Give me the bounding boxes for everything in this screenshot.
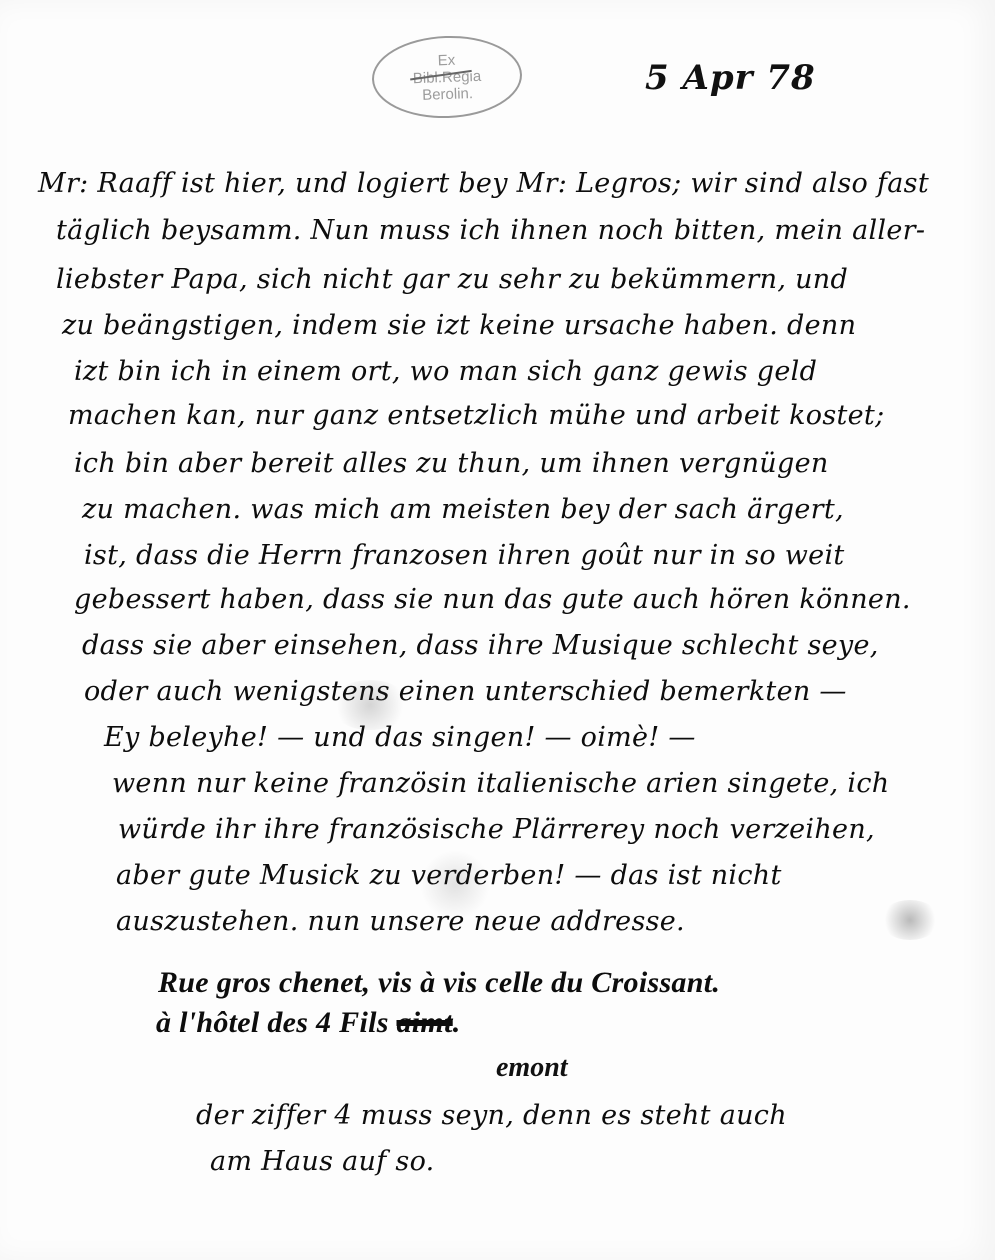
body-line-1: Mr: Raaff ist hier, und logiert bey Mr: … — [38, 168, 929, 199]
ink-smudge — [330, 680, 410, 730]
correction-text: emont — [496, 1052, 568, 1084]
library-stamp: Ex Bibl.Regia Berolin. — [371, 33, 524, 120]
postscript-line-2: am Haus auf so. — [210, 1146, 435, 1177]
body-line-11: dass sie aber einsehen, dass ihre Musiqu… — [82, 630, 879, 661]
stamp-line-1: Ex — [437, 51, 455, 69]
body-line-3: liebster Papa, sich nicht gar zu sehr zu… — [56, 264, 848, 295]
address-line-1: Rue gros chenet, vis à vis celle du Croi… — [158, 966, 720, 1000]
ink-smudge-2 — [420, 850, 490, 920]
body-line-6: machen kan, nur ganz entsetzlich mühe un… — [68, 400, 884, 431]
body-line-4: zu beängstigen, indem sie izt keine ursa… — [62, 310, 856, 341]
body-line-15: würde ihr ihre französische Plärrerey no… — [118, 814, 875, 845]
struck-word: aimt — [397, 1006, 453, 1039]
body-line-17: auszustehen. nun unsere neue addresse. — [116, 906, 685, 937]
body-line-2: täglich beysamm. Nun muss ich ihnen noch… — [56, 215, 925, 246]
address-line-2-text: à l'hôtel des 4 Fils — [156, 1006, 389, 1039]
body-line-14: wenn nur keine französin italienische ar… — [112, 768, 889, 799]
body-line-7: ich bin aber bereit alles zu thun, um ih… — [74, 448, 829, 479]
ink-blot — [880, 900, 940, 940]
body-line-12: oder auch wenigstens einen unterschied b… — [84, 676, 847, 707]
stamp-line-3: Berolin. — [422, 85, 473, 104]
body-line-13: Ey beleyhe! — und das singen! — oimè! — — [104, 722, 696, 753]
body-line-10: gebessert haben, dass sie nun das gute a… — [74, 584, 911, 615]
body-line-9: ist, dass die Herrn franzosen ihren goût… — [84, 540, 845, 571]
letter-date: 5 Apr 78 — [645, 58, 816, 98]
postscript-line-1: der ziffer 4 muss seyn, denn es steht au… — [196, 1100, 787, 1131]
body-line-8: zu machen. was mich am meisten bey der s… — [82, 494, 844, 525]
period: . — [453, 1006, 461, 1039]
body-line-5: izt bin ich in einem ort, wo man sich ga… — [74, 356, 817, 387]
address-line-2: à l'hôtel des 4 Fils aimt. — [156, 1006, 461, 1040]
manuscript-page: Ex Bibl.Regia Berolin. 5 Apr 78 Mr: Raaf… — [0, 0, 995, 1260]
